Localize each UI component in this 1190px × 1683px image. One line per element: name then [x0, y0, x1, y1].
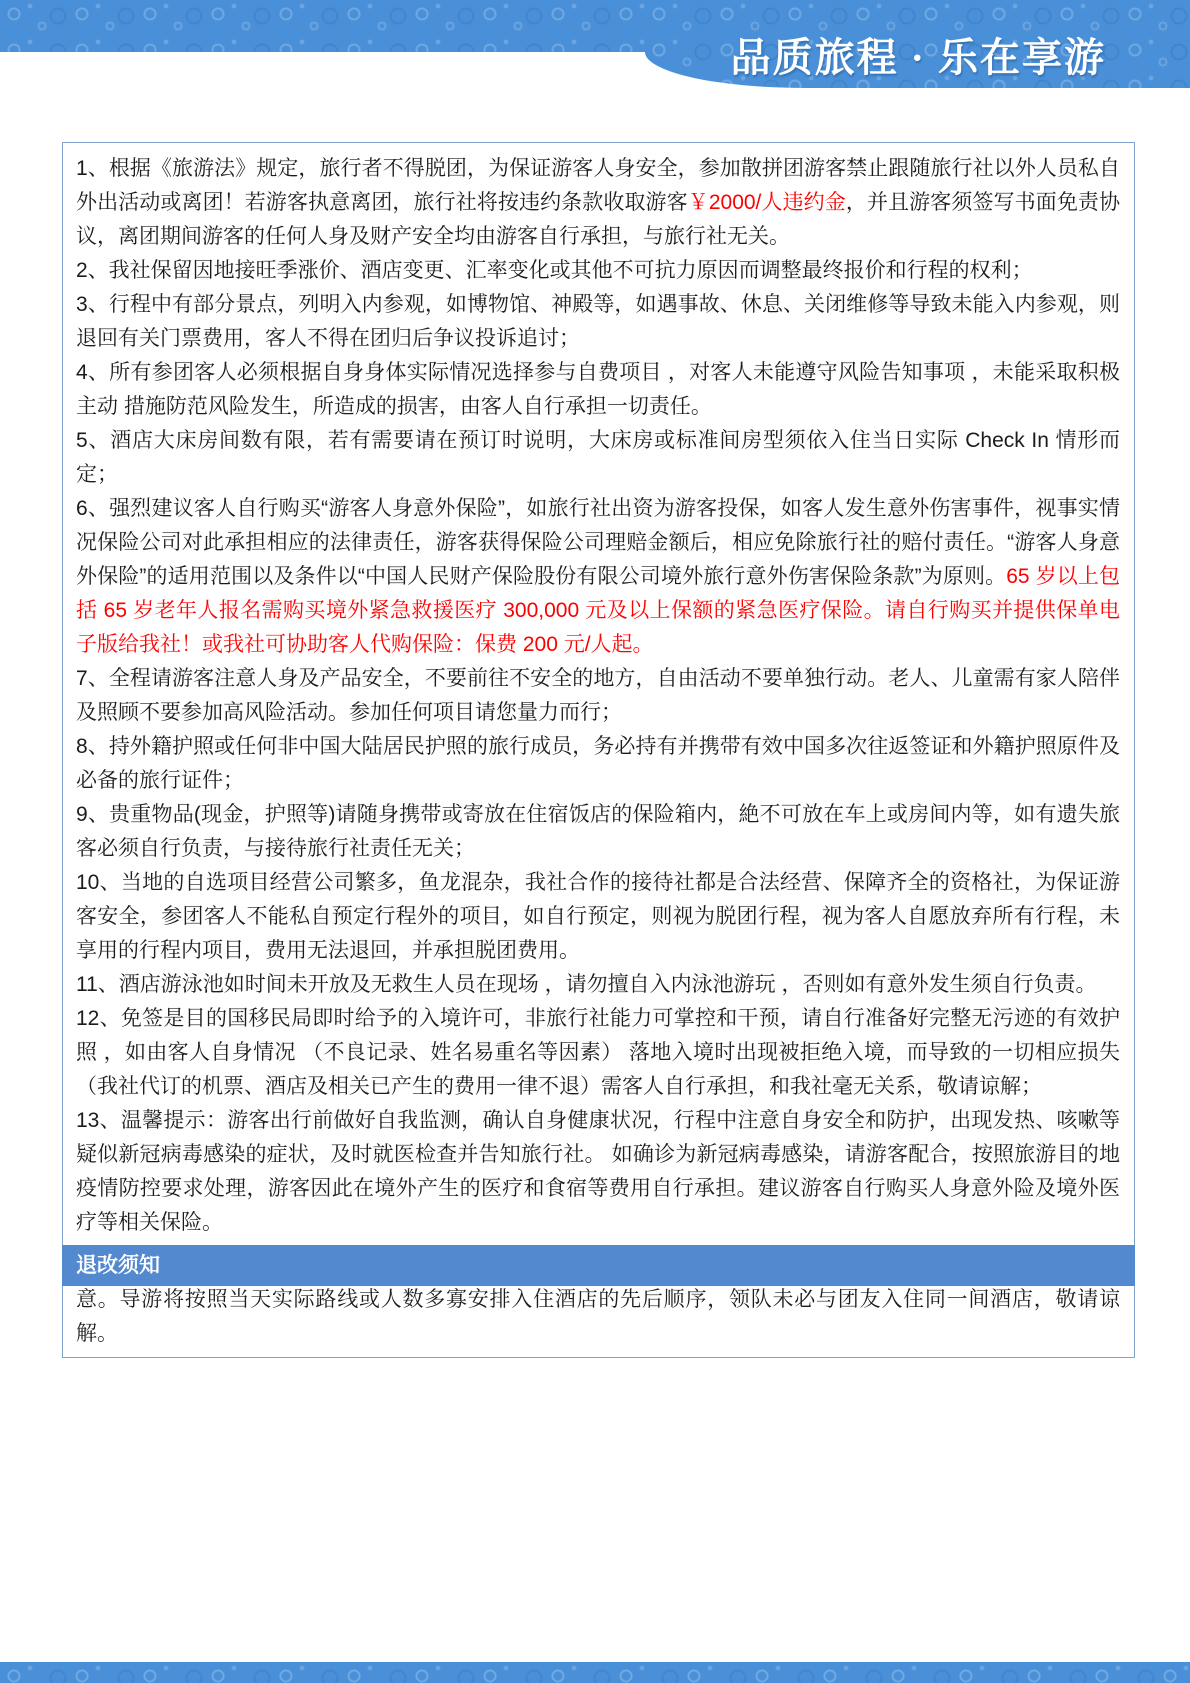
- terms-text: 10、当地的自选项目经营公司繁多，鱼龙混杂，我社合作的接待社都是合法经营、保障齐…: [76, 871, 1120, 962]
- terms-item: 10、当地的自选项目经营公司繁多，鱼龙混杂，我社合作的接待社都是合法经营、保障齐…: [76, 866, 1120, 968]
- terms-text: 2、我社保留因地接旺季涨价、酒店变更、汇率变化或其他不可抗力原因而调整最终报价和…: [76, 259, 1033, 282]
- terms-text: 12、免签是目的国移民局即时给予的入境许可，非旅行社能力可掌控和干预，请自行准备…: [76, 1007, 1120, 1098]
- terms-text: 9、贵重物品(现金，护照等)请随身携带或寄放在住宿饭店的保险箱内，絶不可放在车上…: [76, 803, 1120, 860]
- terms-item: 7、全程请游客注意人身及产品安全，不要前往不安全的地方，自由活动不要单独行动。老…: [76, 662, 1120, 730]
- terms-item: 5、酒店大床房间数有限，若有需要请在预订时说明，大床房或标准间房型须依入住当日实…: [76, 424, 1120, 492]
- highlighted-red-text: ￥2000/人违约金: [688, 191, 846, 214]
- terms-item: 11、酒店游泳池如时间未开放及无救生人员在现场 ，请勿擅自入内泳池游玩 ，否则如…: [76, 968, 1120, 1002]
- terms-item: 1、根据《旅游法》规定，旅行者不得脱团，为保证游客人身安全，参加散拼团游客禁止跟…: [76, 152, 1120, 254]
- terms-item: 6、强烈建议客人自行购买“游客人身意外保险”，如旅行社出资为游客投保，如客人发生…: [76, 492, 1120, 662]
- footer-strip: [0, 1662, 1190, 1683]
- terms-box: 1、根据《旅游法》规定，旅行者不得脱团，为保证游客人身安全，参加散拼团游客禁止跟…: [62, 142, 1135, 1358]
- terms-text: 8、持外籍护照或任何非中国大陆居民护照的旅行成员，务必持有并携带有效中国多次往返…: [76, 735, 1120, 792]
- terms-item: 3、行程中有部分景点，列明入内参观，如博物馆、神殿等，如遇事故、休息、关闭维修等…: [76, 288, 1120, 356]
- header-slogan: 品质旅程 · 乐在享游: [731, 26, 1106, 83]
- terms-item: 13、温馨提示：游客出行前做好自我监测，确认自身健康状况，行程中注意自身安全和防…: [76, 1104, 1120, 1240]
- terms-item: 4、所有参团客人必须根据自身身体实际情况选择参与自费项目 ，对客人未能遵守风险告…: [76, 356, 1120, 424]
- terms-item: 9、贵重物品(现金，护照等)请随身携带或寄放在住宿饭店的保险箱内，絶不可放在车上…: [76, 798, 1120, 866]
- terms-text: 5、酒店大床房间数有限，若有需要请在预订时说明，大床房或标准间房型须依入住当日实…: [76, 429, 1120, 486]
- terms-item: 2、我社保留因地接旺季涨价、酒店变更、汇率变化或其他不可抗力原因而调整最终报价和…: [76, 254, 1120, 288]
- terms-text: 6、强烈建议客人自行购买“游客人身意外保险”，如旅行社出资为游客投保，如客人发生…: [76, 497, 1120, 588]
- terms-text: 3、行程中有部分景点，列明入内参观，如博物馆、神殿等，如遇事故、休息、关闭维修等…: [76, 293, 1120, 350]
- terms-text: 7、全程请游客注意人身及产品安全，不要前往不安全的地方，自由活动不要单独行动。老…: [76, 667, 1120, 724]
- terms-text: 11、酒店游泳池如时间未开放及无救生人员在现场 ，请勿擅自入内泳池游玩 ，否则如…: [76, 973, 1096, 996]
- terms-text: 13、温馨提示：游客出行前做好自我监测，确认自身健康状况，行程中注意自身安全和防…: [76, 1109, 1120, 1234]
- banner-pattern-left: [0, 0, 660, 52]
- terms-item: 8、持外籍护照或任何非中国大陆居民护照的旅行成员，务必持有并携带有效中国多次往返…: [76, 730, 1120, 798]
- section-header-refund: 退改须知: [62, 1245, 1135, 1286]
- header-banner: 品质旅程 · 乐在享游: [0, 0, 1190, 88]
- terms-text: 4、所有参团客人必须根据自身身体实际情况选择参与自费项目 ，对客人未能遵守风险告…: [76, 361, 1120, 418]
- terms-item: 12、免签是目的国移民局即时给予的入境许可，非旅行社能力可掌控和干预，请自行准备…: [76, 1002, 1120, 1104]
